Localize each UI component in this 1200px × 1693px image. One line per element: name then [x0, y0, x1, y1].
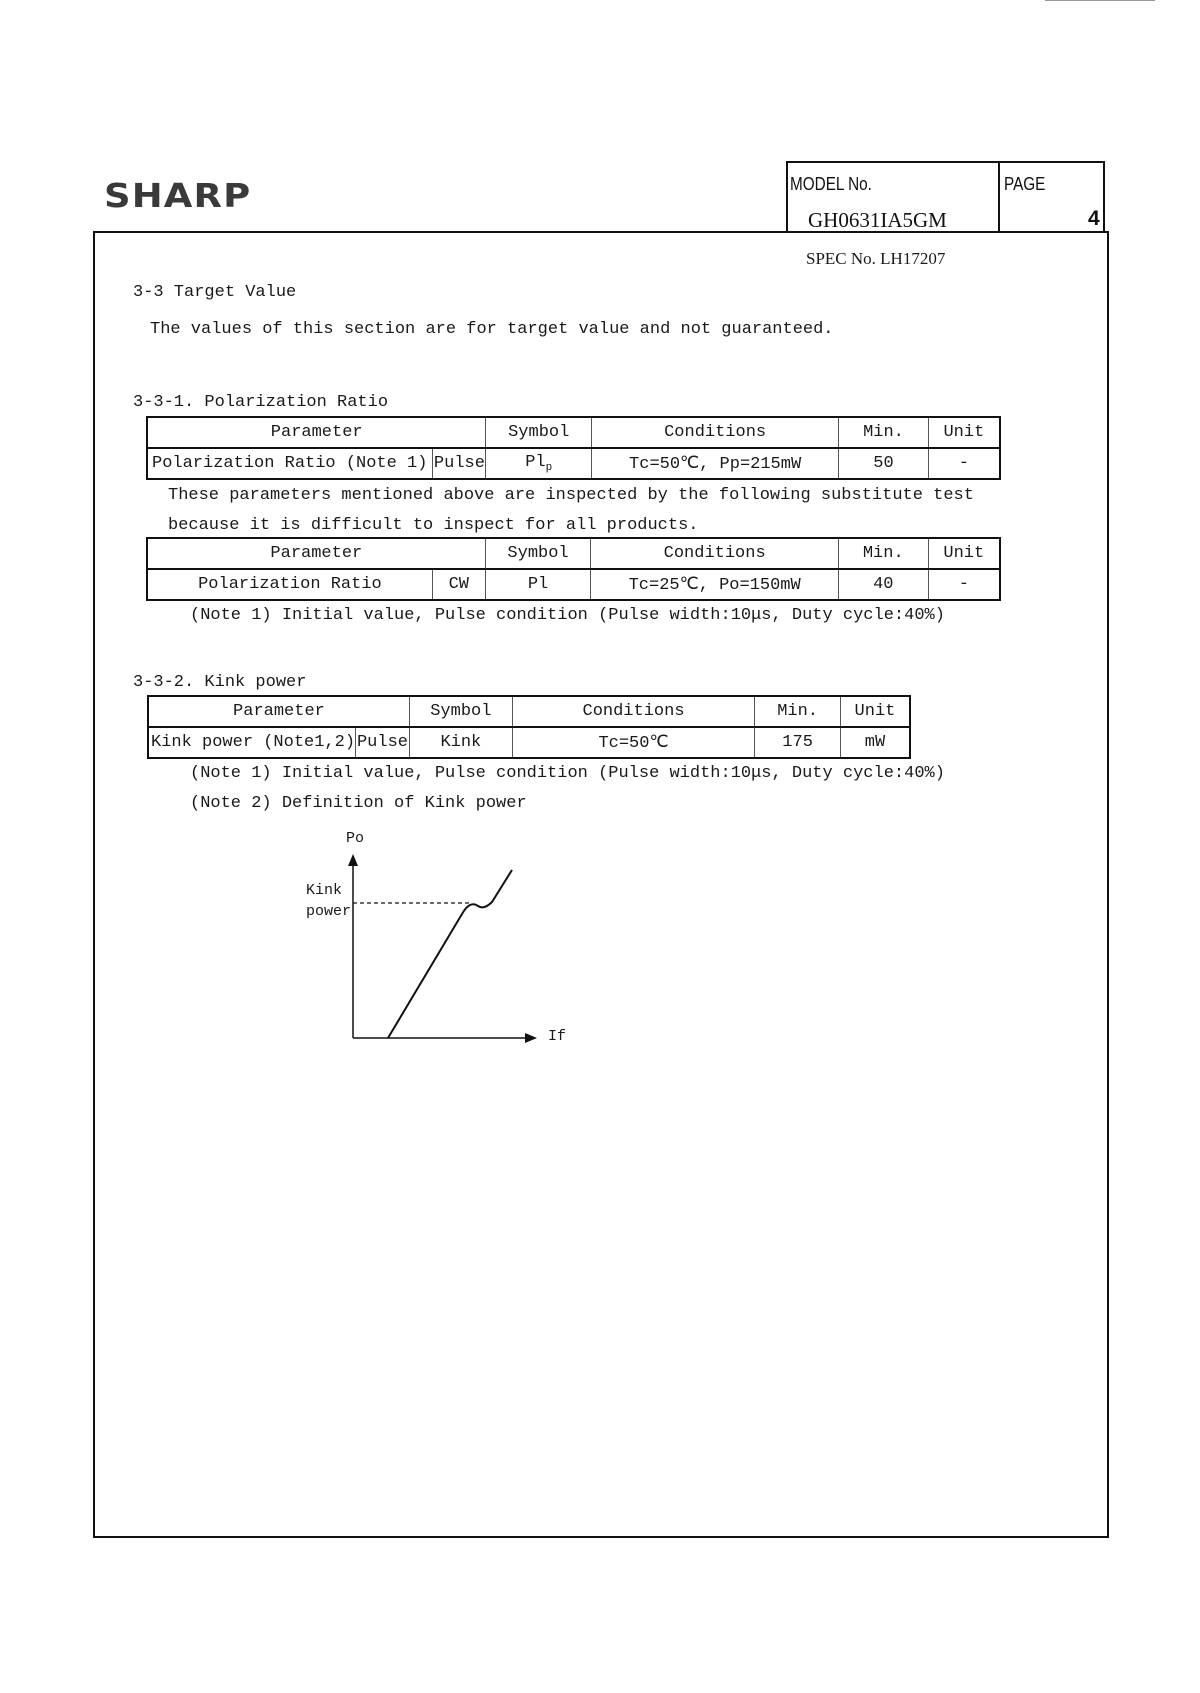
cell-unit: -: [928, 569, 1000, 600]
kink-label-line1: Kink: [306, 882, 342, 899]
model-number-value: GH0631IA5GM: [808, 208, 947, 233]
polarization-ratio-substitute-table: Parameter Symbol Conditions Min. Unit Po…: [146, 537, 1001, 601]
cell-unit: mW: [840, 727, 910, 758]
header-symbol: Symbol: [409, 696, 512, 727]
sharp-logo: SHARP: [104, 176, 251, 215]
substitute-test-note-line2: because it is difficult to inspect for a…: [168, 516, 699, 535]
table-header-row: Parameter Symbol Conditions Min. Unit: [148, 696, 910, 727]
cell-conditions: Tc=50℃, Pp=215mW: [591, 448, 838, 479]
header-box-divider: [998, 161, 1000, 232]
header-unit: Unit: [928, 538, 1000, 569]
header-parameter: Parameter: [147, 417, 486, 448]
cell-min: 40: [838, 569, 928, 600]
cell-parameter: Polarization Ratio: [147, 569, 432, 600]
page-label: PAGE: [1004, 174, 1045, 195]
header-symbol: Symbol: [486, 417, 592, 448]
cell-unit: -: [928, 448, 1000, 479]
header-symbol: Symbol: [485, 538, 591, 569]
table-row: Polarization Ratio (Note 1) Pulse Plp Tc…: [147, 448, 1000, 479]
cell-mode: Pulse: [433, 448, 486, 479]
cell-conditions: Tc=25℃, Po=150mW: [591, 569, 839, 600]
kink-power-definition-graph: Po If Kink power: [280, 830, 580, 1060]
header-unit: Unit: [840, 696, 910, 727]
kink-power-heading: 3-3-2. Kink power: [133, 673, 306, 692]
polarization-ratio-heading: 3-3-1. Polarization Ratio: [133, 393, 388, 412]
cell-symbol: Plp: [486, 448, 592, 479]
section-intro: The values of this section are for targe…: [150, 320, 834, 339]
kink-power-table: Parameter Symbol Conditions Min. Unit Ki…: [147, 695, 911, 759]
header-parameter: Parameter: [147, 538, 485, 569]
cell-parameter: Kink power (Note1,2): [148, 727, 356, 758]
cell-parameter: Polarization Ratio (Note 1): [147, 448, 433, 479]
header-min: Min.: [839, 417, 929, 448]
section-title: 3-3 Target Value: [133, 283, 296, 302]
table-header-row: Parameter Symbol Conditions Min. Unit: [147, 538, 1000, 569]
kink-note-1: (Note 1) Initial value, Pulse condition …: [190, 764, 945, 783]
cell-symbol: Kink: [409, 727, 512, 758]
kink-label-line2: power: [306, 903, 351, 920]
spec-number: SPEC No. LH17207: [806, 249, 945, 269]
header-conditions: Conditions: [591, 417, 838, 448]
cell-conditions: Tc=50℃: [512, 727, 755, 758]
scan-edge-line: [1045, 0, 1155, 1]
polarization-note-1: (Note 1) Initial value, Pulse condition …: [190, 606, 945, 625]
header-unit: Unit: [928, 417, 1000, 448]
table-row: Kink power (Note1,2) Pulse Kink Tc=50℃ 1…: [148, 727, 910, 758]
y-axis-label: Po: [346, 830, 364, 847]
header-parameter: Parameter: [148, 696, 409, 727]
polarization-ratio-table: Parameter Symbol Conditions Min. Unit Po…: [146, 416, 1001, 480]
header-conditions: Conditions: [512, 696, 755, 727]
header-min: Min.: [755, 696, 841, 727]
table-row: Polarization Ratio CW Pl Tc=25℃, Po=150m…: [147, 569, 1000, 600]
model-number-label: MODEL No.: [790, 174, 872, 195]
x-axis-label: If: [548, 1028, 566, 1045]
header-conditions: Conditions: [591, 538, 839, 569]
cell-mode: Pulse: [356, 727, 410, 758]
cell-symbol: Pl: [485, 569, 591, 600]
header-min: Min.: [838, 538, 928, 569]
substitute-test-note-line1: These parameters mentioned above are ins…: [168, 486, 974, 505]
cell-min: 50: [839, 448, 929, 479]
table-header-row: Parameter Symbol Conditions Min. Unit: [147, 417, 1000, 448]
cell-min: 175: [755, 727, 841, 758]
cell-mode: CW: [432, 569, 485, 600]
kink-note-2: (Note 2) Definition of Kink power: [190, 794, 527, 813]
page-number: 4: [1088, 207, 1100, 231]
